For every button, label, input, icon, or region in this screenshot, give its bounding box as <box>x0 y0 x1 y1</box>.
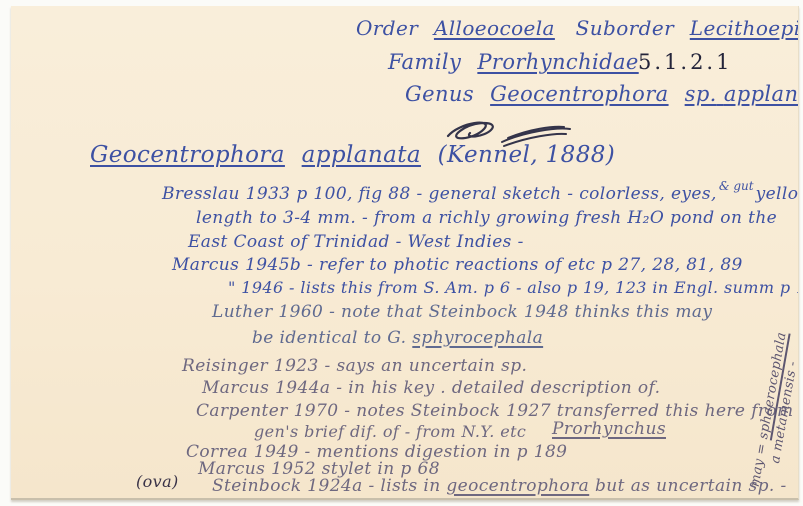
note-geocentrophora-underlined: geocentrophora <box>446 476 589 496</box>
family-line: Family Prorhynchidae <box>388 50 639 74</box>
title-authority: (Kennel, 1888) <box>438 142 615 168</box>
note-bresslau-text-2: yellowish - <box>756 184 799 204</box>
note-prorhynchus: Prorhynchus <box>552 419 666 439</box>
note-steinbock-1924a: Steinbock 1924a - lists in geocentrophor… <box>212 476 787 496</box>
note-carpenter-1970: Carpenter 1970 - notes Steinbock 1927 tr… <box>196 401 794 421</box>
genus-name: Geocentrophora <box>490 82 668 106</box>
note-bresslau-insertion: & gut <box>719 179 754 193</box>
note-length-habitat: length to 3-4 mm. - from a richly growin… <box>196 208 777 228</box>
note-locality: East Coast of Trinidad - West Indies - <box>188 232 524 252</box>
genus-label: Genus <box>405 82 474 106</box>
family-label: Family <box>388 50 461 74</box>
scanned-card-page: Order Alloeocoela Suborder Lecithoepithe… <box>0 0 803 506</box>
title-species: applanata <box>302 142 421 168</box>
card-code: 5.1.2.1 <box>638 50 732 74</box>
note-marcus-1944a: Marcus 1944a - in his key . detailed des… <box>202 378 660 398</box>
order-line: Order Alloeocoela Suborder Lecithoepithe… <box>356 16 799 40</box>
note-steinbock-text: Steinbock 1924a - lists in <box>212 476 446 496</box>
note-marcus-1946: " 1946 - lists this from S. Am. p 6 - al… <box>228 278 799 297</box>
note-luther-cont-text: be identical to G. <box>252 328 412 348</box>
suborder-name: Lecithoepitheliata <box>690 16 799 40</box>
note-marcus-1945b: Marcus 1945b - refer to photic reactions… <box>172 255 743 275</box>
note-sphyrocephala: sphyrocephala <box>412 328 543 348</box>
margin-note-ova: (ova) <box>136 472 179 491</box>
species-name: applanata <box>724 82 799 106</box>
sp-abbrev: sp. <box>685 82 717 106</box>
species-title-line: Geocentrophora applanata (Kennel, 1888) <box>90 142 615 168</box>
title-genus: Geocentrophora <box>90 142 285 168</box>
genus-sp-species: sp. applanata <box>685 82 799 106</box>
order-name: Alloeocoela <box>434 16 555 40</box>
note-luther-1960-cont: be identical to G. sphyrocephala <box>252 328 543 348</box>
genus-line: Genus Geocentrophora sp. applanata <box>405 82 799 106</box>
note-bresslau-text: Bresslau 1933 p 100, fig 88 - general sk… <box>162 184 717 204</box>
note-bresslau: Bresslau 1933 p 100, fig 88 - general sk… <box>162 184 799 204</box>
note-luther-1960: Luther 1960 - note that Steinbock 1948 t… <box>212 302 712 322</box>
note-carpenter-cont: gen's brief dif. of - from N.Y. etc <box>254 422 526 441</box>
order-label: Order <box>356 16 418 40</box>
family-name: Prorhynchidae <box>477 50 638 74</box>
index-card: Order Alloeocoela Suborder Lecithoepithe… <box>11 6 799 500</box>
note-reisinger-1923: Reisinger 1923 - says an uncertain sp. <box>182 356 527 376</box>
suborder-label: Suborder <box>576 16 674 40</box>
